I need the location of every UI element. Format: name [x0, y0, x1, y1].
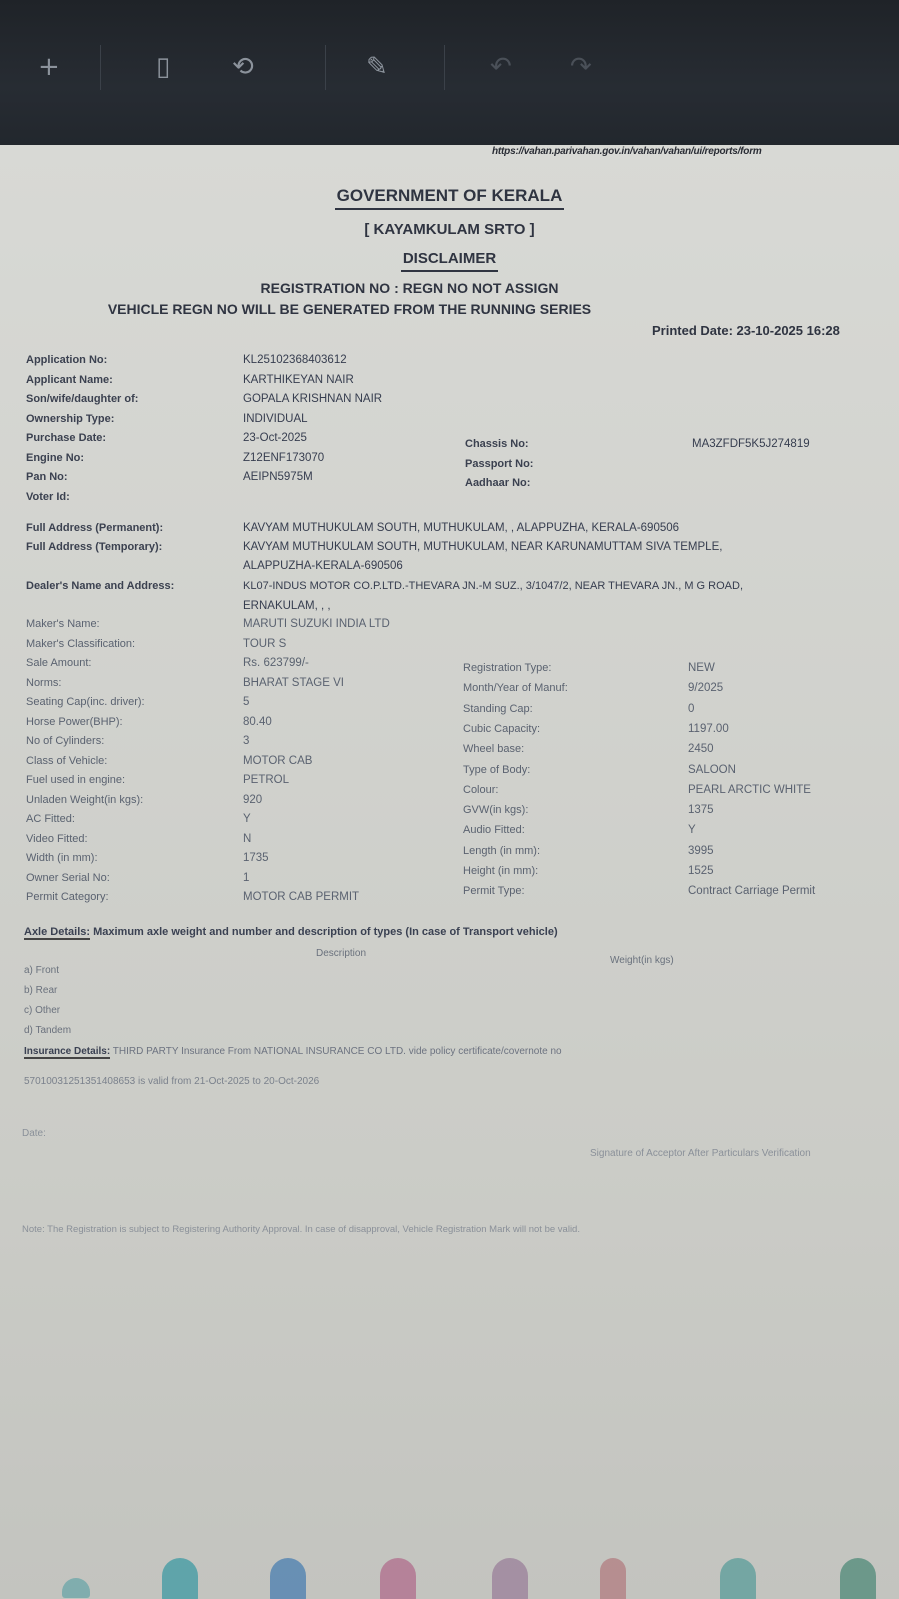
field-label: Registration Type:: [463, 662, 551, 674]
document-page: [0, 145, 899, 1599]
store-icon[interactable]: [270, 1558, 306, 1599]
field-value: MARUTI SUZUKI INDIA LTD: [243, 618, 390, 630]
field-value: Contract Carriage Permit: [688, 885, 815, 897]
field-value: 1197.00: [688, 723, 729, 735]
page-url: https://vahan.parivahan.gov.in/vahan/vah…: [492, 146, 762, 157]
field-label: No of Cylinders:: [26, 735, 104, 747]
field-value: 1525: [688, 865, 714, 877]
app-icon[interactable]: [600, 1558, 626, 1599]
app-icon-3[interactable]: [840, 1558, 876, 1599]
field-value: 920: [243, 794, 262, 806]
files-icon[interactable]: [62, 1578, 90, 1598]
field-label: Aadhaar No:: [465, 477, 530, 489]
field-label: Colour:: [463, 784, 498, 796]
field-label: Unladen Weight(in kgs):: [26, 794, 143, 806]
field-value: GOPALA KRISHNAN NAIR: [243, 393, 382, 405]
insurance-policy: 57010031251351408653 is valid from 21-Oc…: [24, 1076, 319, 1087]
field-value: 1735: [243, 852, 269, 864]
field-value: TOUR S: [243, 638, 286, 650]
field-label: Owner Serial No:: [26, 872, 110, 884]
field-label: Pan No:: [26, 471, 68, 483]
axle-row: a) Front: [24, 965, 59, 976]
signature-label: Signature of Acceptor After Particulars …: [590, 1148, 811, 1159]
field-value: INDIVIDUAL: [243, 413, 308, 425]
field-label: Standing Cap:: [463, 703, 533, 715]
field-value: MA3ZFDF5K5J274819: [692, 438, 810, 450]
dealer-label: Dealer's Name and Address:: [26, 580, 174, 592]
field-label: Audio Fitted:: [463, 824, 525, 836]
field-label: Horse Power(BHP):: [26, 716, 123, 728]
permanent-address-value: KAVYAM MUTHUKULAM SOUTH, MUTHUKULAM, , A…: [243, 522, 679, 534]
pdf-viewer-toolbar: + ▯ ⟲ ✎ ↶ ↷: [0, 0, 899, 145]
temporary-address-value: KAVYAM MUTHUKULAM SOUTH, MUTHUKULAM, NEA…: [243, 541, 722, 553]
registration-notice: VEHICLE REGN NO WILL BE GENERATED FROM T…: [0, 301, 799, 317]
field-value: SALOON: [688, 764, 736, 776]
axle-row: c) Other: [24, 1005, 60, 1016]
field-value: KARTHIKEYAN NAIR: [243, 374, 354, 386]
field-value: 5: [243, 696, 249, 708]
footer-note: Note: The Registration is subject to Reg…: [22, 1224, 580, 1235]
field-label: Application No:: [26, 354, 107, 366]
field-label: Length (in mm):: [463, 845, 540, 857]
field-label: Passport No:: [465, 458, 533, 470]
field-value: NEW: [688, 662, 715, 674]
field-label: Permit Category:: [26, 891, 109, 903]
axle-row: d) Tandem: [24, 1025, 71, 1036]
field-value: N: [243, 833, 251, 845]
field-label: Permit Type:: [463, 885, 525, 897]
draw-icon[interactable]: ✎: [366, 52, 388, 82]
chrome-profile-icon[interactable]: [492, 1558, 528, 1599]
rotate-icon[interactable]: ⟲: [232, 52, 254, 82]
field-label: Class of Vehicle:: [26, 755, 107, 767]
field-value: 9/2025: [688, 682, 723, 694]
dealer-value-2: ERNAKULAM, , ,: [243, 600, 331, 612]
axle-col-description: Description: [316, 948, 366, 959]
axle-details: Axle Details: Maximum axle weight and nu…: [24, 926, 558, 938]
field-label: Width (in mm):: [26, 852, 98, 864]
field-label: Sale Amount:: [26, 657, 91, 669]
redo-icon[interactable]: ↷: [570, 52, 592, 82]
toolbar-divider: [325, 45, 326, 90]
field-value: 1375: [688, 804, 714, 816]
field-value: Z12ENF173070: [243, 452, 324, 464]
field-label: Engine No:: [26, 452, 84, 464]
registration-status: REGISTRATION NO : REGN NO NOT ASSIGN: [0, 280, 859, 296]
page-fit-icon[interactable]: ▯: [156, 52, 170, 82]
field-value: MOTOR CAB: [243, 755, 312, 767]
field-value: 80.40: [243, 716, 272, 728]
field-label: Norms:: [26, 677, 61, 689]
field-value: 1: [243, 872, 249, 884]
doc-type-title: DISCLAIMER: [0, 250, 899, 267]
field-label: Cubic Capacity:: [463, 723, 540, 735]
field-value: Rs. 623799/-: [243, 657, 309, 669]
temporary-address-value-2: ALAPPUZHA-KERALA-690506: [243, 560, 403, 572]
field-value: 3: [243, 735, 249, 747]
field-label: Wheel base:: [463, 743, 524, 755]
field-value: BHARAT STAGE VI: [243, 677, 344, 689]
field-label: Applicant Name:: [26, 374, 113, 386]
field-label: Purchase Date:: [26, 432, 106, 444]
field-value: 23-Oct-2025: [243, 432, 307, 444]
field-label: Son/wife/daughter of:: [26, 393, 138, 405]
field-label: Type of Body:: [463, 764, 530, 776]
field-label: Height (in mm):: [463, 865, 538, 877]
date-label: Date:: [22, 1128, 46, 1139]
field-value: Y: [688, 824, 696, 836]
government-title: GOVERNMENT OF KERALA: [0, 186, 899, 206]
permanent-address-label: Full Address (Permanent):: [26, 522, 163, 534]
field-label: Maker's Name:: [26, 618, 100, 630]
field-value: 3995: [688, 845, 714, 857]
field-label: Fuel used in engine:: [26, 774, 125, 786]
field-value: MOTOR CAB PERMIT: [243, 891, 359, 903]
plus-icon[interactable]: +: [38, 52, 60, 82]
field-label: Voter Id:: [26, 491, 70, 503]
axle-col-weight: Weight(in kgs): [610, 955, 674, 966]
field-value: 2450: [688, 743, 714, 755]
toolbar-divider: [100, 45, 101, 90]
field-label: Seating Cap(inc. driver):: [26, 696, 145, 708]
field-value: PEARL ARCTIC WHITE: [688, 784, 811, 796]
edge-icon[interactable]: [162, 1558, 198, 1599]
taskbar: [0, 1540, 899, 1599]
field-label: GVW(in kgs):: [463, 804, 528, 816]
field-label: Chassis No:: [465, 438, 529, 450]
temporary-address-label: Full Address (Temporary):: [26, 541, 162, 553]
field-value: AEIPN5975M: [243, 471, 313, 483]
printed-date: Printed Date: 23-10-2025 16:28: [652, 323, 840, 338]
field-value: Y: [243, 813, 251, 825]
field-value: PETROL: [243, 774, 289, 786]
field-value: KL25102368403612: [243, 354, 347, 366]
field-label: Ownership Type:: [26, 413, 114, 425]
field-label: Video Fitted:: [26, 833, 88, 845]
dealer-value: KL07-INDUS MOTOR CO.P.LTD.-THEVARA JN.-M…: [243, 580, 743, 592]
field-label: AC Fitted:: [26, 813, 75, 825]
field-label: Maker's Classification:: [26, 638, 135, 650]
chrome-icon[interactable]: [380, 1558, 416, 1599]
undo-icon[interactable]: ↶: [490, 52, 512, 82]
axle-row: b) Rear: [24, 985, 57, 996]
insurance-details: Insurance Details: THIRD PARTY Insurance…: [24, 1046, 562, 1057]
field-value: 0: [688, 703, 694, 715]
office-title: [ KAYAMKULAM SRTO ]: [0, 221, 899, 238]
field-label: Month/Year of Manuf:: [463, 682, 568, 694]
toolbar-divider: [444, 45, 445, 90]
app-icon-2[interactable]: [720, 1558, 756, 1599]
